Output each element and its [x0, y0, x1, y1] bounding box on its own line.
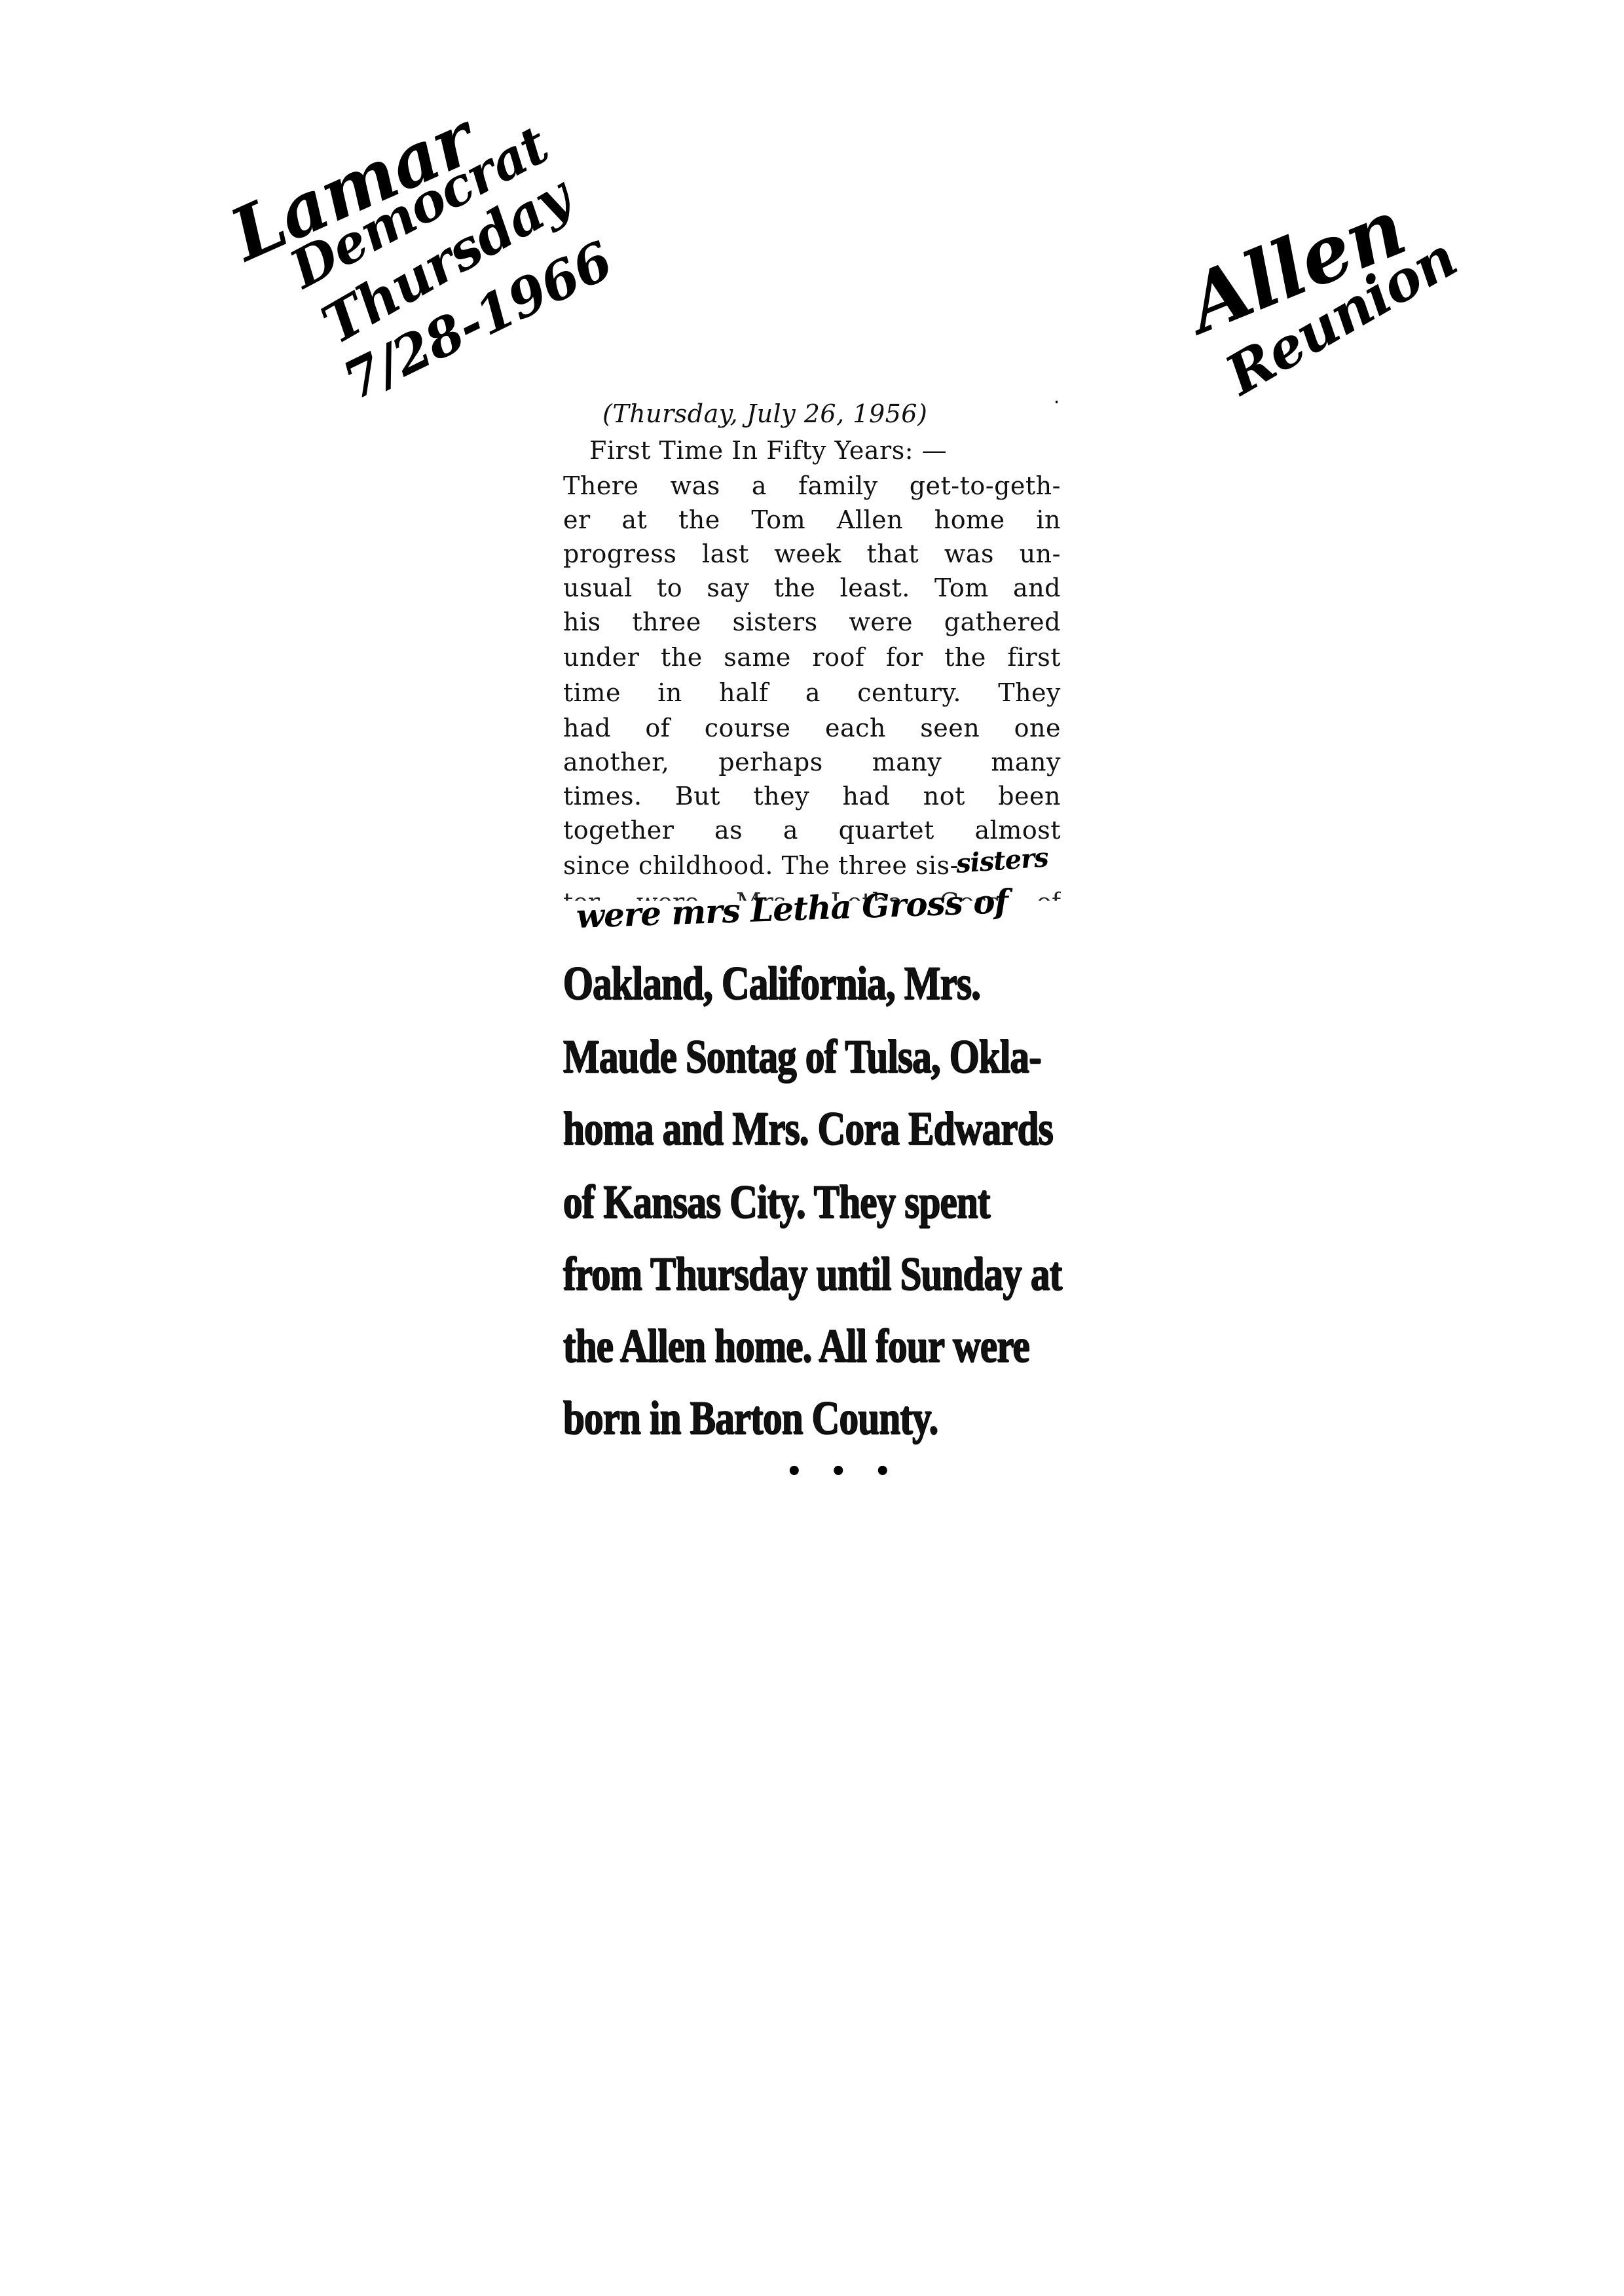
article-line: another, perhaps many many	[563, 748, 1061, 776]
article-line-large: Oakland, California, Mrs.	[563, 956, 1061, 1010]
scan-speck	[1056, 401, 1058, 403]
oakland-line: Oakland, California, Mrs.	[563, 956, 1061, 1010]
handwritten-sisters-correction: sisters	[955, 842, 1049, 879]
end-of-article-mark: • • •	[786, 1456, 900, 1487]
article-line: his three sisters were gathered	[563, 608, 1061, 636]
article-line-large: the Allen home. All four were	[563, 1319, 1061, 1373]
article-line: usual to say the least. Tom and	[563, 574, 1061, 602]
article-line-large: homa and Mrs. Cora Edwards	[563, 1101, 1061, 1156]
article-line: There was a family get-to-geth-	[563, 471, 1061, 500]
article-line: had of course each seen one	[563, 714, 1061, 742]
article-line-large: Maude Sontag of Tulsa, Okla-	[563, 1029, 1061, 1084]
article-line-large-text: Oakland, California, Mrs.	[563, 956, 980, 1010]
article-line: together as a quartet almost	[563, 816, 1061, 845]
article-line-large: from Thursday until Sunday at	[563, 1247, 1061, 1301]
article-line-large: born in Barton County.	[563, 1391, 938, 1445]
clipping-headline: First Time In Fifty Years: —	[589, 436, 947, 465]
article-line: progress last week that was un-	[563, 539, 1061, 568]
article-line: since childhood. The three sis-	[563, 851, 959, 880]
clipping-date: (Thursday, July 26, 1956)	[602, 399, 927, 428]
article-line: times. But they had not been	[563, 782, 1061, 811]
article-line: er at the Tom Allen home in	[563, 505, 1061, 534]
article-line: under the same roof for the first	[563, 643, 1061, 672]
article-line: time in half a century. They	[563, 678, 1061, 707]
article-line-large: of Kansas City. They spent	[563, 1175, 1061, 1229]
